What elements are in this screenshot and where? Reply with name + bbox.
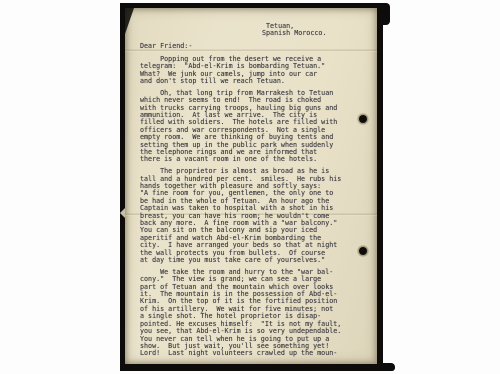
letter-paper: Tetuan, Spanish Morocco. Dear Friend:- P… bbox=[125, 8, 377, 364]
paragraph-4: We take the room and hurry to the "war b… bbox=[140, 269, 355, 358]
paragraph-3: The proprietor is almost as broad as he … bbox=[140, 168, 355, 264]
punch-hole bbox=[359, 247, 367, 255]
dateline: Tetuan, Spanish Morocco. bbox=[262, 23, 355, 38]
dateline-region: Spanish Morocco. bbox=[262, 30, 355, 37]
photo-edge-irregularity bbox=[381, 363, 395, 371]
letter-body: Tetuan, Spanish Morocco. Dear Friend:- P… bbox=[140, 23, 355, 358]
paper-corner-shadow bbox=[125, 8, 134, 34]
paragraph-2: Oh, that long trip from Marrakesh to Tet… bbox=[140, 90, 355, 164]
scanned-letter-page: Tetuan, Spanish Morocco. Dear Friend:- P… bbox=[0, 0, 500, 374]
letter-photo: Tetuan, Spanish Morocco. Dear Friend:- P… bbox=[120, 3, 383, 371]
punch-hole bbox=[359, 115, 367, 123]
photo-edge-irregularity bbox=[382, 3, 390, 25]
salutation: Dear Friend:- bbox=[140, 43, 355, 50]
paragraph-1: Popping out from the desert we receive a… bbox=[140, 56, 355, 86]
